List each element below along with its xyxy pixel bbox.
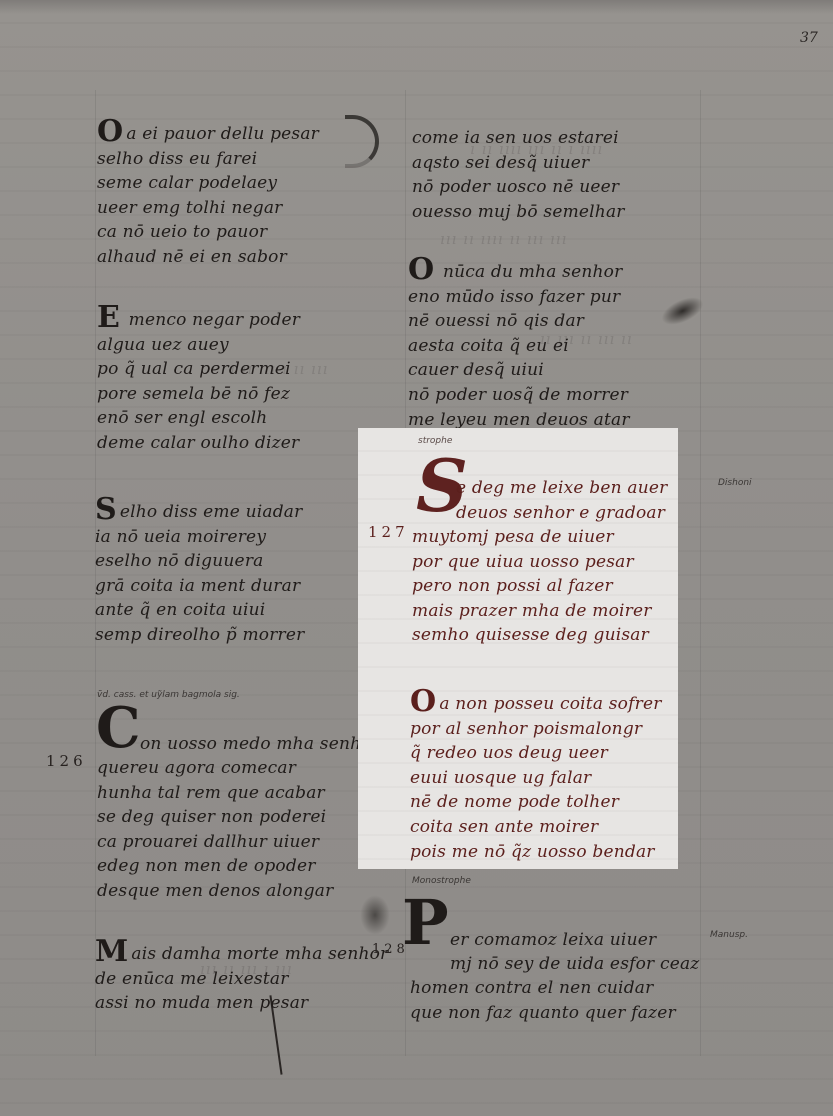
decorated-initial-p: P	[402, 892, 449, 954]
verse-line: aesta coita q̃ eu ei	[408, 334, 630, 359]
manuscript-page: ı ıı ıııı ııı ıı ı ıııı ııı ıı ıııı ıı ı…	[0, 0, 833, 1116]
margin-note-right-lower: Manusp.	[710, 930, 748, 940]
verse-line: e deg me leixe ben auer	[456, 476, 667, 501]
verse-line: pois me nō q̃z uosso bendar	[410, 840, 662, 865]
verse-line: edeg non men de opoder	[97, 854, 333, 879]
stanza-left-1: Oa ei pauor dellu pesar selho diss eu fa…	[97, 120, 319, 270]
verse-line: selho diss eu farei	[97, 147, 319, 172]
initial-letter: O	[97, 114, 123, 149]
verse-line: se deg quiser non poderei	[97, 805, 333, 830]
verse-line: desque men denos alongar	[97, 879, 333, 904]
verse-line: come ia sen uos estarei	[412, 126, 625, 151]
verse-line: on uosso medo mha senhor	[140, 732, 380, 757]
decorated-initial-c: C	[96, 700, 141, 756]
verse-line: Oa non posseu coita sofrer	[410, 690, 662, 717]
poem-number-126: 126	[46, 752, 87, 770]
stanza-right-2: O nūca du mha senhor eno mūdo isso fazer…	[408, 258, 630, 432]
verse-line: mj nō sey de uida esfor ceaz	[450, 952, 699, 977]
verse-line: nō poder uosco nē ueer	[412, 175, 625, 200]
verse-line: aqsto sei desq̃ uiuer	[412, 151, 625, 176]
verse-line: Selho diss eme uiadar	[95, 498, 304, 525]
verse-line: ueer emg tolhi negar	[97, 196, 319, 221]
ink-flourish	[345, 115, 379, 168]
verse-line: grā coita ia ment durar	[95, 574, 304, 599]
verse-line: coita sen ante moirer	[410, 815, 662, 840]
poem-128-first-line: er comamoz leixa uiuer	[450, 928, 656, 953]
folio-number: 37	[800, 30, 818, 46]
highlighted-region: strophe S e deg me leixe ben auer deuos …	[358, 428, 678, 869]
verse-line: euui uosque ug falar	[410, 766, 662, 791]
verse-line: assi no muda men pesar	[95, 991, 388, 1016]
page-top-edge	[0, 0, 833, 14]
verse-line: pore semela bē nō fez	[97, 382, 300, 407]
verse-line: pero non possi al fazer	[412, 574, 652, 599]
verse-line: eno mūdo isso fazer pur	[408, 285, 630, 310]
verse-line: por que uiua uosso pesar	[412, 550, 652, 575]
verse-line: deuos senhor e gradoar	[456, 501, 667, 526]
poem-126-first-line: on uosso medo mha senhor	[140, 732, 380, 757]
poem-128-body: homen contra el nen cuidar que non faz q…	[410, 976, 676, 1025]
verse-line: enō ser engl escolh	[97, 406, 300, 431]
verse-line: semho quisesse deg guisar	[412, 623, 652, 648]
verse-line: de enūca me leixestar	[95, 967, 388, 992]
bleed-through-text: ııı ıı ıııı ıı ııı ııı	[440, 230, 567, 248]
verse-line: ca nō ueio to pauor	[97, 220, 319, 245]
verse-line: mais prazer mha de moirer	[412, 599, 652, 624]
verse-line: muytomj pesa de uiuer	[412, 525, 652, 550]
verse-line: nō poder uosq̃ de morrer	[408, 383, 630, 408]
poem-128-second-line: mj nō sey de uida esfor ceaz	[450, 952, 699, 977]
ink-blot	[360, 895, 390, 935]
verse-line: algua uez auey	[97, 333, 300, 358]
verse-line: nē ouessi nō qis dar	[408, 309, 630, 334]
stanza-right-1: come ia sen uos estarei aqsto sei desq̃ …	[412, 126, 625, 224]
stanza-left-final: Mais damha morte mha senhor de enūca me …	[95, 940, 388, 1016]
verse-line: cauer desq̃ uiui	[408, 358, 630, 383]
initial-letter: O	[410, 684, 436, 719]
verse-line: por al senhor poismalongr	[410, 717, 662, 742]
initial-letter: S	[95, 492, 117, 527]
poem-number-127: 127	[368, 523, 409, 541]
verse-line: alhaud nē ei en sabor	[97, 245, 319, 270]
verse-line: ia nō ueia moirerey	[95, 525, 304, 550]
verse-line: homen contra el nen cuidar	[410, 976, 676, 1001]
margin-note-right-upper: Dishoni	[718, 478, 752, 488]
initial-letter: O	[408, 252, 434, 287]
verse-line: ouesso muj bō semelhar	[412, 200, 625, 225]
verse-line: hunha tal rem que acabar	[97, 781, 333, 806]
verse-line: po q̃ ual ca perdermei	[97, 357, 300, 382]
verse-line: nē de nome pode tolher	[410, 790, 662, 815]
poem-126-body: quereu agora comecar hunha tal rem que a…	[97, 756, 333, 904]
poem-127-first-lines: e deg me leixe ben auer deuos senhor e g…	[456, 476, 667, 525]
poem-127-stanza-2: Oa non posseu coita sofrer por al senhor…	[410, 690, 662, 864]
stanza-left-2: E menco negar poder algua uez auey po q̃…	[97, 306, 300, 456]
margin-note-monostrophe: Monostrophe	[412, 876, 471, 886]
verse-line: ante q̃ en coita uiui	[95, 598, 304, 623]
verse-line: deme calar oulho dizer	[97, 431, 300, 456]
verse-line: q̃ redeo uos deug ueer	[410, 741, 662, 766]
verse-line: quereu agora comecar	[97, 756, 333, 781]
verse-line: seme calar podelaey	[97, 171, 319, 196]
verse-line: Oa ei pauor dellu pesar	[97, 120, 319, 147]
verse-line: er comamoz leixa uiuer	[450, 928, 656, 953]
verse-line: semp direolho p̃ morrer	[95, 623, 304, 648]
initial-letter: M	[95, 934, 128, 969]
verse-line: ca prouarei dallhur uiuer	[97, 830, 333, 855]
verse-line: que non faz quanto quer fazer	[410, 1001, 676, 1026]
verse-line: O nūca du mha senhor	[408, 258, 630, 285]
poem-127-body: muytomj pesa de uiuer por que uiua uosso…	[412, 525, 652, 648]
verse-line: Mais damha morte mha senhor	[95, 940, 388, 967]
initial-letter: E	[97, 300, 120, 335]
verse-line: eselho nō diguuera	[95, 549, 304, 574]
verse-line: E menco negar poder	[97, 306, 300, 333]
ruling-line	[700, 90, 701, 1056]
stanza-left-3: Selho diss eme uiadar ia nō ueia moirere…	[95, 498, 304, 648]
